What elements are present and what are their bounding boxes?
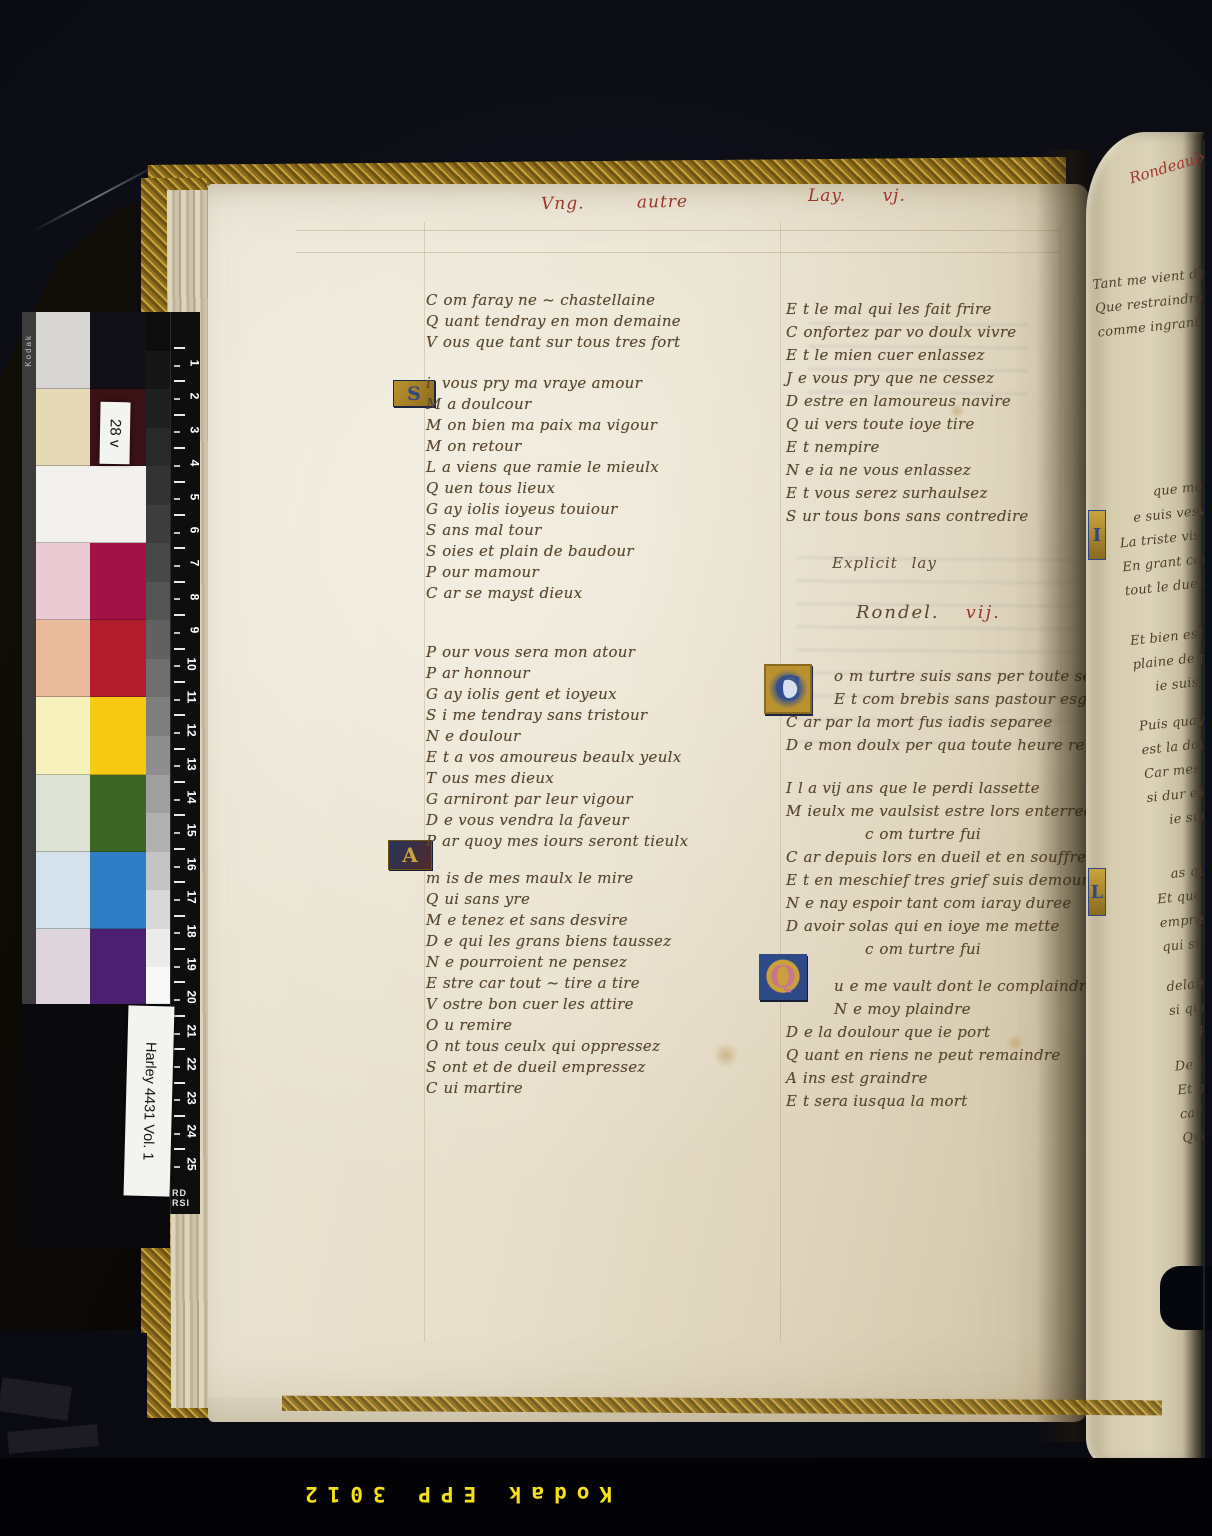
- ruler-mark: 13: [171, 749, 200, 782]
- gray-step: [146, 967, 170, 1006]
- ruling-line: [296, 252, 1060, 253]
- stanza: Com faray ne ~ chastellaineQuant tendray…: [426, 291, 782, 354]
- ruler-number: 13: [184, 757, 198, 770]
- rondel-number: vij.: [966, 602, 1001, 623]
- manuscript-line: Pour mamour: [426, 563, 782, 584]
- stanza: Pour vous sera mon atourPar honnourGay i…: [426, 643, 782, 853]
- gray-step: [146, 466, 170, 505]
- gray-step: [146, 929, 170, 968]
- ruler-number: 24: [184, 1124, 198, 1137]
- ruler-number: 4: [188, 460, 202, 467]
- color-patch: [90, 620, 146, 697]
- manuscript-line: Me tenez et sans desvire: [426, 911, 782, 932]
- color-patch: [36, 543, 90, 620]
- gray-step: [146, 505, 170, 544]
- manuscript-line: Soies et plain de baudour: [426, 542, 782, 563]
- gray-step: [146, 659, 170, 698]
- film-corner-mark: [7, 1424, 99, 1454]
- ruler-mark: 4: [171, 448, 200, 481]
- ruler-number: 18: [184, 924, 198, 937]
- ruler-number: 23: [184, 1091, 198, 1104]
- ruler-mark: 23: [171, 1083, 200, 1116]
- ruler-number: 14: [184, 790, 198, 803]
- ruler-mark: 12: [171, 715, 200, 748]
- ruling-line: [296, 230, 1060, 231]
- gray-step: [146, 582, 170, 621]
- ruler-mark: 1: [171, 348, 200, 381]
- ruler: 1234567891011121314151617181920212223242…: [170, 312, 200, 1214]
- gray-step: [146, 813, 170, 852]
- manuscript-line: Ne pourroient ne pensez: [426, 953, 782, 974]
- film-corner-mark: [0, 1377, 72, 1420]
- shelfmark-text: Harley 4431 Vol. 1: [139, 1042, 158, 1161]
- manuscript-line: Qui sans yre: [426, 890, 782, 911]
- color-patch: [36, 697, 90, 774]
- ruler-number: 3: [188, 426, 202, 433]
- manuscript-line: delaissier bien doy qu: [1166, 964, 1204, 1004]
- manuscript-line: Par quoy mes iours seront tieulx: [426, 832, 782, 853]
- gray-step: [146, 620, 170, 659]
- grayscale-strip: [146, 312, 170, 1006]
- ruler-mark: 19: [171, 949, 200, 982]
- ruler-number: 12: [184, 724, 198, 737]
- colorbar-brand-label: Kodak: [24, 334, 33, 367]
- rubric-header-right: Lay. vj.: [808, 186, 906, 206]
- manuscript-line: Mon retour: [426, 437, 782, 458]
- ruler-number: 7: [188, 560, 202, 567]
- gray-step: [146, 852, 170, 891]
- ruler-number: 15: [184, 824, 198, 837]
- folio-number: 28 v: [106, 419, 123, 448]
- color-patch: [90, 775, 146, 852]
- ruler-scale: 1234567891011121314151617181920212223242…: [171, 312, 200, 1183]
- color-patch: [36, 775, 90, 852]
- ruler-number: 21: [184, 1024, 198, 1037]
- illuminated-initial-i: I: [1088, 510, 1106, 560]
- illuminated-initial-l: L: [1088, 868, 1106, 916]
- text-column-left: Com faray ne ~ chastellaineQuant tendray…: [426, 291, 782, 1100]
- ruler-mark: 20: [171, 982, 200, 1015]
- gray-step: [146, 428, 170, 467]
- right-page: Rondeaulx I L Tant me vient de dolourQue…: [1086, 132, 1204, 1464]
- film-strip: Kodak EPP 3012: [0, 1458, 1212, 1536]
- rubric-header-left: Vng. autre: [541, 192, 688, 215]
- ruler-number: 9: [188, 627, 202, 634]
- colorbar-side-strip: Kodak: [22, 312, 36, 1006]
- frame-edge-line: [1203, 140, 1205, 1470]
- manuscript-line: Si me tendray sans tristour: [426, 706, 782, 727]
- ruler-number: 11: [185, 691, 199, 704]
- color-patch: [90, 929, 146, 1006]
- color-patch: [36, 389, 90, 466]
- gray-step: [146, 543, 170, 582]
- color-patch: [36, 312, 90, 389]
- manuscript-line: Ma doulcour: [426, 395, 782, 416]
- ruler-number: 25: [184, 1158, 198, 1171]
- rondel-label: Rondel.: [856, 602, 940, 623]
- color-patch: [36, 466, 90, 543]
- rubric-header-recto: Rondeaulx: [1127, 147, 1204, 188]
- manuscript-line: Car se mayst dieux: [426, 584, 782, 605]
- manuscript-line: La viens que ramie le mieulx: [426, 458, 782, 479]
- gray-step: [146, 312, 170, 351]
- recto-text-column: Tant me vient de dolourQue restraindreco…: [1092, 262, 1204, 1179]
- ruler-mark: 15: [171, 815, 200, 848]
- manuscript-line: Quen tous lieux: [426, 479, 782, 500]
- manuscript-line: Pour vous sera mon atour: [426, 643, 782, 664]
- colorbar-light-patches: [36, 312, 90, 1006]
- manuscript-line: De vous vendra la faveur: [426, 811, 782, 832]
- color-patch: [90, 852, 146, 929]
- ruler-mark: 2: [171, 381, 200, 414]
- stanza: mis de mes maulx le mireQui sans yreMe t…: [426, 869, 782, 1100]
- gray-step: [146, 697, 170, 736]
- manuscript-line: Quant tendray en mon demaine: [426, 312, 782, 333]
- ruler-number: 2: [188, 393, 202, 400]
- ruler-mark: 25: [171, 1149, 200, 1182]
- manuscript-line: Cui martire: [426, 1079, 782, 1100]
- ruler-mark: 3: [171, 415, 200, 448]
- ruler-number: 8: [188, 593, 202, 600]
- ruler-number: 19: [184, 957, 198, 970]
- manuscript-photo: Vng. autre Lay. vj. S A C Q Com faray ne…: [0, 0, 1212, 1536]
- manuscript-line: Tous mes dieux: [426, 769, 782, 790]
- shelfmark-sticker: Harley 4431 Vol. 1: [124, 1005, 175, 1196]
- ruler-number: 17: [184, 891, 198, 904]
- ruler-number: 16: [184, 857, 198, 870]
- gray-step: [146, 736, 170, 775]
- manuscript-line: Vostre bon cuer les attire: [426, 995, 782, 1016]
- color-patch: [90, 697, 146, 774]
- ruler-mark: 8: [171, 582, 200, 615]
- left-page: Vng. autre Lay. vj. S A C Q Com faray ne…: [208, 184, 1088, 1422]
- ruler-number: 6: [188, 527, 202, 534]
- stanza: i vous pry ma vraye amourMa doulcourMon …: [426, 374, 782, 605]
- manuscript-line: mis de mes maulx le mire: [426, 869, 782, 890]
- ruler-mark: 6: [171, 515, 200, 548]
- manuscript-line: Ont tous ceulx qui oppressez: [426, 1037, 782, 1058]
- ruler-mark: 24: [171, 1116, 200, 1149]
- ruler-mark: 21: [171, 1016, 200, 1049]
- ruler-mark: 16: [171, 849, 200, 882]
- ruler-mark: 14: [171, 782, 200, 815]
- manuscript-line: Sans mal tour: [426, 521, 782, 542]
- ruler-number: 5: [188, 493, 202, 500]
- ruler-mark: 17: [171, 882, 200, 915]
- manuscript-line: Estre car tout ~ tire a tire: [426, 974, 782, 995]
- color-patch: [36, 620, 90, 697]
- manuscript-line: as quainsi est que: [1154, 853, 1204, 893]
- ruler-number: 1: [188, 360, 202, 367]
- manuscript-line: Vous que tant sur tous tres fort: [426, 333, 782, 354]
- ruler-mark: 10: [171, 649, 200, 682]
- manuscript-line: Par honnour: [426, 664, 782, 685]
- folio-number-sticker: 28 v: [99, 402, 130, 465]
- gray-step: [146, 775, 170, 814]
- ruler-number: 20: [184, 991, 198, 1004]
- manuscript-line: i vous pry ma vraye amour: [426, 374, 782, 395]
- color-patch: [90, 312, 146, 389]
- manuscript-line: Garniront par leur vigour: [426, 790, 782, 811]
- manuscript-line: Ne doulour: [426, 727, 782, 748]
- manuscript-line: Gay iolis ioyeus touiour: [426, 500, 782, 521]
- ruler-number: 22: [184, 1058, 198, 1071]
- manuscript-line: Gay iolis gent et ioyeux: [426, 685, 782, 706]
- manuscript-line: Sont et de dueil empressez: [426, 1058, 782, 1079]
- gutter-shadow: [1036, 150, 1090, 1442]
- ruler-mark: 18: [171, 916, 200, 949]
- gray-step: [146, 389, 170, 428]
- manuscript-line: Et a vos amoureus beaulx yeulx: [426, 748, 782, 769]
- manuscript-line: Ou remire: [426, 1016, 782, 1037]
- ruler-mark: 7: [171, 548, 200, 581]
- ruler-number: 10: [184, 657, 198, 670]
- ruler-mark: 11: [171, 682, 200, 715]
- film-stock-label: Kodak EPP 3012: [295, 1482, 612, 1506]
- ruler-mark: 5: [171, 482, 200, 515]
- manuscript-line: Mon bien ma paix ma vigour: [426, 416, 782, 437]
- color-patch: [36, 852, 90, 929]
- ruler-end-label: RD RSI: [172, 1188, 200, 1208]
- color-patch: [90, 543, 146, 620]
- manuscript-line: Com faray ne ~ chastellaine: [426, 291, 782, 312]
- manuscript-line: De qui les grans biens taussez: [426, 932, 782, 953]
- ruler-mark: 22: [171, 1049, 200, 1082]
- gray-step: [146, 890, 170, 929]
- gray-step: [146, 351, 170, 390]
- color-patch: [36, 929, 90, 1006]
- color-patch: [90, 466, 146, 543]
- ruler-mark: 9: [171, 615, 200, 648]
